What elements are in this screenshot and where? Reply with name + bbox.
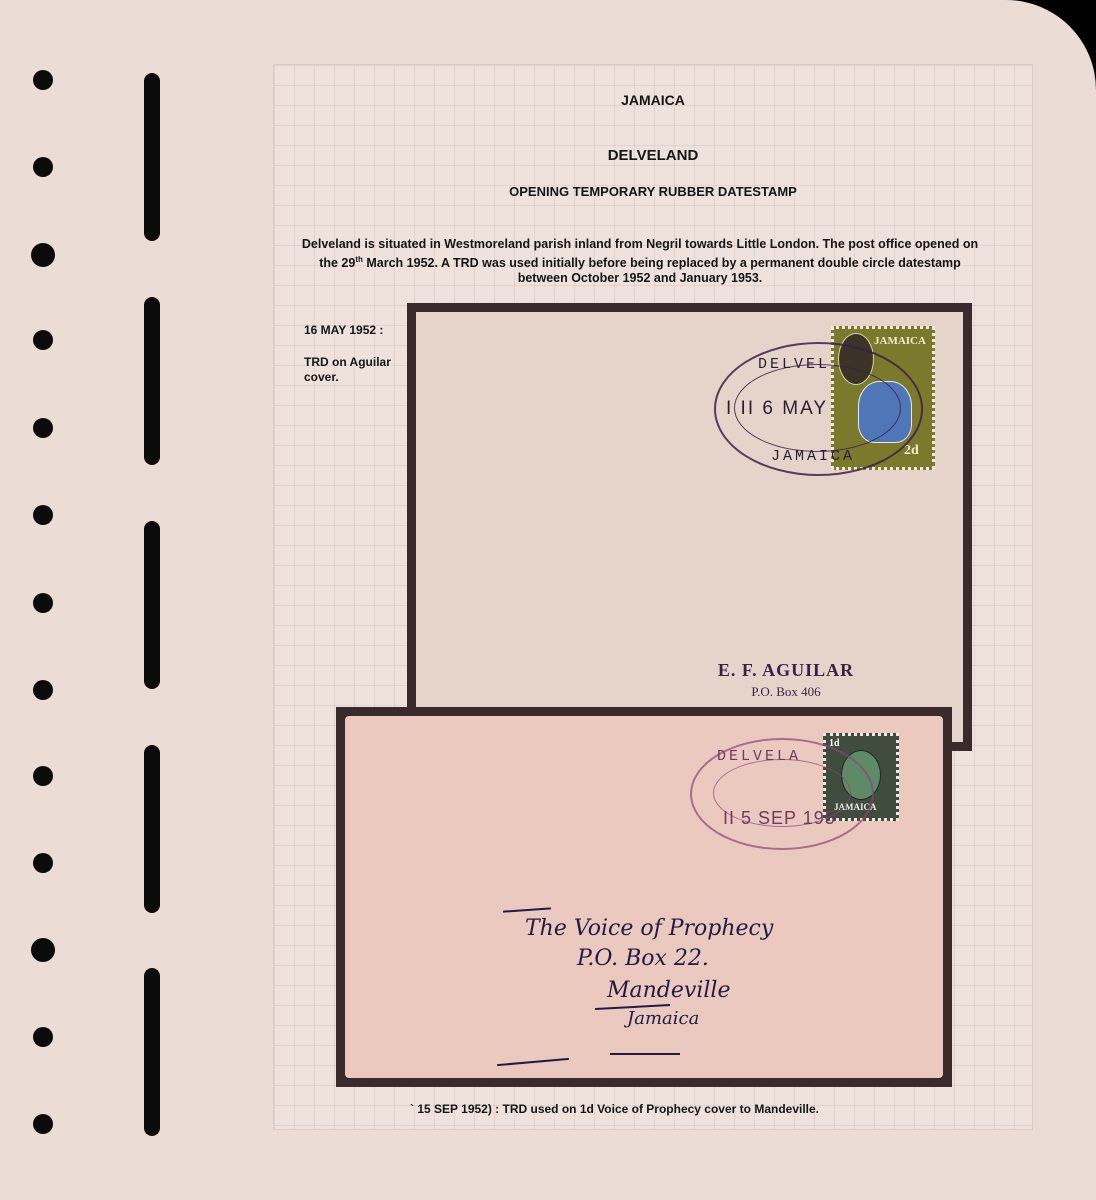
underline [503,907,551,912]
sender-name: E. F. AGUILAR [686,660,886,681]
binder-slot [144,73,160,241]
postmark-date: I II 6 MAY [726,398,828,420]
binder-hole [31,938,55,962]
binder-hole [33,766,53,786]
page-title: DELVELAND [273,147,1033,164]
voice-of-prophecy-cover: 1d JAMAICA DELVELA II 5 SEP 195 The Voic… [336,707,952,1087]
postmark-bottom-text: JAMAICA [771,448,855,465]
postmark-top-text: DELVELA [717,748,801,765]
address-line-1: The Voice of Prophecy [525,916,773,941]
binder-slot [144,297,160,465]
intro-text: Delveland is situated in Westmoreland pa… [300,237,980,286]
sender-box: P.O. Box 406 [686,684,886,700]
item2-caption: ` 15 SEP 1952) : TRD used on 1d Voice of… [410,1102,819,1116]
binder-slot [144,521,160,689]
address-line-4: Jamaica [627,1008,699,1029]
address-line-2: P.O. Box 22. [577,946,709,971]
flourish [497,1058,569,1066]
binder-hole [31,243,55,267]
page-country: JAMAICA [273,92,1033,108]
intro-sup: th [355,255,363,264]
page-subtitle: OPENING TEMPORARY RUBBER DATESTAMP [273,184,1033,199]
binder-hole [33,1027,53,1047]
binder-hole [33,1114,53,1134]
flourish [610,1053,680,1055]
binder-hole [33,330,53,350]
stamp-country: JAMAICA [874,335,926,347]
binder-hole [33,853,53,873]
binder-hole [33,157,53,177]
binder-slot [144,968,160,1136]
item1-description: TRD on Aguilar cover. [304,355,399,385]
postmark-top-text: DELVEL [758,356,830,373]
address-line-3: Mandeville [607,978,730,1003]
intro-part2: March 1952. A TRD was used initially bef… [363,256,961,285]
postmark-date: II 5 SEP 195 [723,808,836,829]
envelope: JAMAICA 2d DELVEL I II 6 MAY JAMAICA E. … [416,312,963,742]
binder-hole [33,680,53,700]
envelope: 1d JAMAICA DELVELA II 5 SEP 195 The Voic… [345,716,943,1078]
item1-date: 16 MAY 1952 : [304,323,383,338]
binder-hole [33,70,53,90]
album-page: JAMAICA DELVELAND OPENING TEMPORARY RUBB… [0,0,1096,1200]
binder-slot [144,745,160,913]
aguilar-cover: JAMAICA 2d DELVEL I II 6 MAY JAMAICA E. … [407,303,972,751]
binder-hole [33,505,53,525]
binder-hole [33,593,53,613]
binder-hole [33,418,53,438]
